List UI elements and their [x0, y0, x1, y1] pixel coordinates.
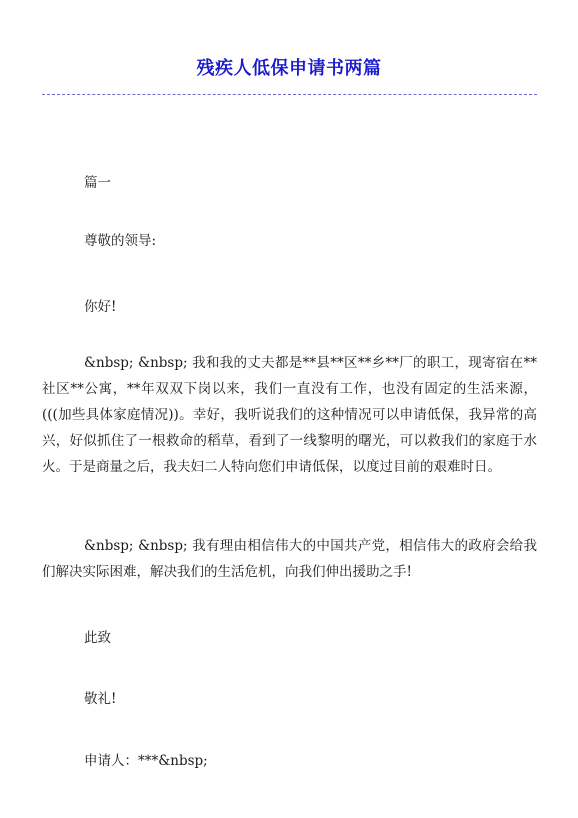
document-title: 残疾人低保申请书两篇: [0, 56, 578, 82]
body-paragraph-2: &nbsp; &nbsp; 我有理由相信伟大的中国共产党，相信伟大的政府会给我们…: [42, 533, 537, 585]
closing-line-1: 此致: [42, 625, 537, 651]
closing-line-2: 敬礼!: [42, 686, 537, 712]
title-divider: [42, 94, 537, 95]
greeting: 你好!: [42, 294, 537, 320]
salutation: 尊敬的领导:: [42, 228, 537, 254]
section-label: 篇一: [42, 170, 537, 196]
applicant-signature: 申请人：***&nbsp;: [42, 748, 537, 774]
body-paragraph-1: &nbsp; &nbsp; 我和我的丈夫都是**县**区**乡**厂的职工，现寄…: [42, 350, 537, 480]
